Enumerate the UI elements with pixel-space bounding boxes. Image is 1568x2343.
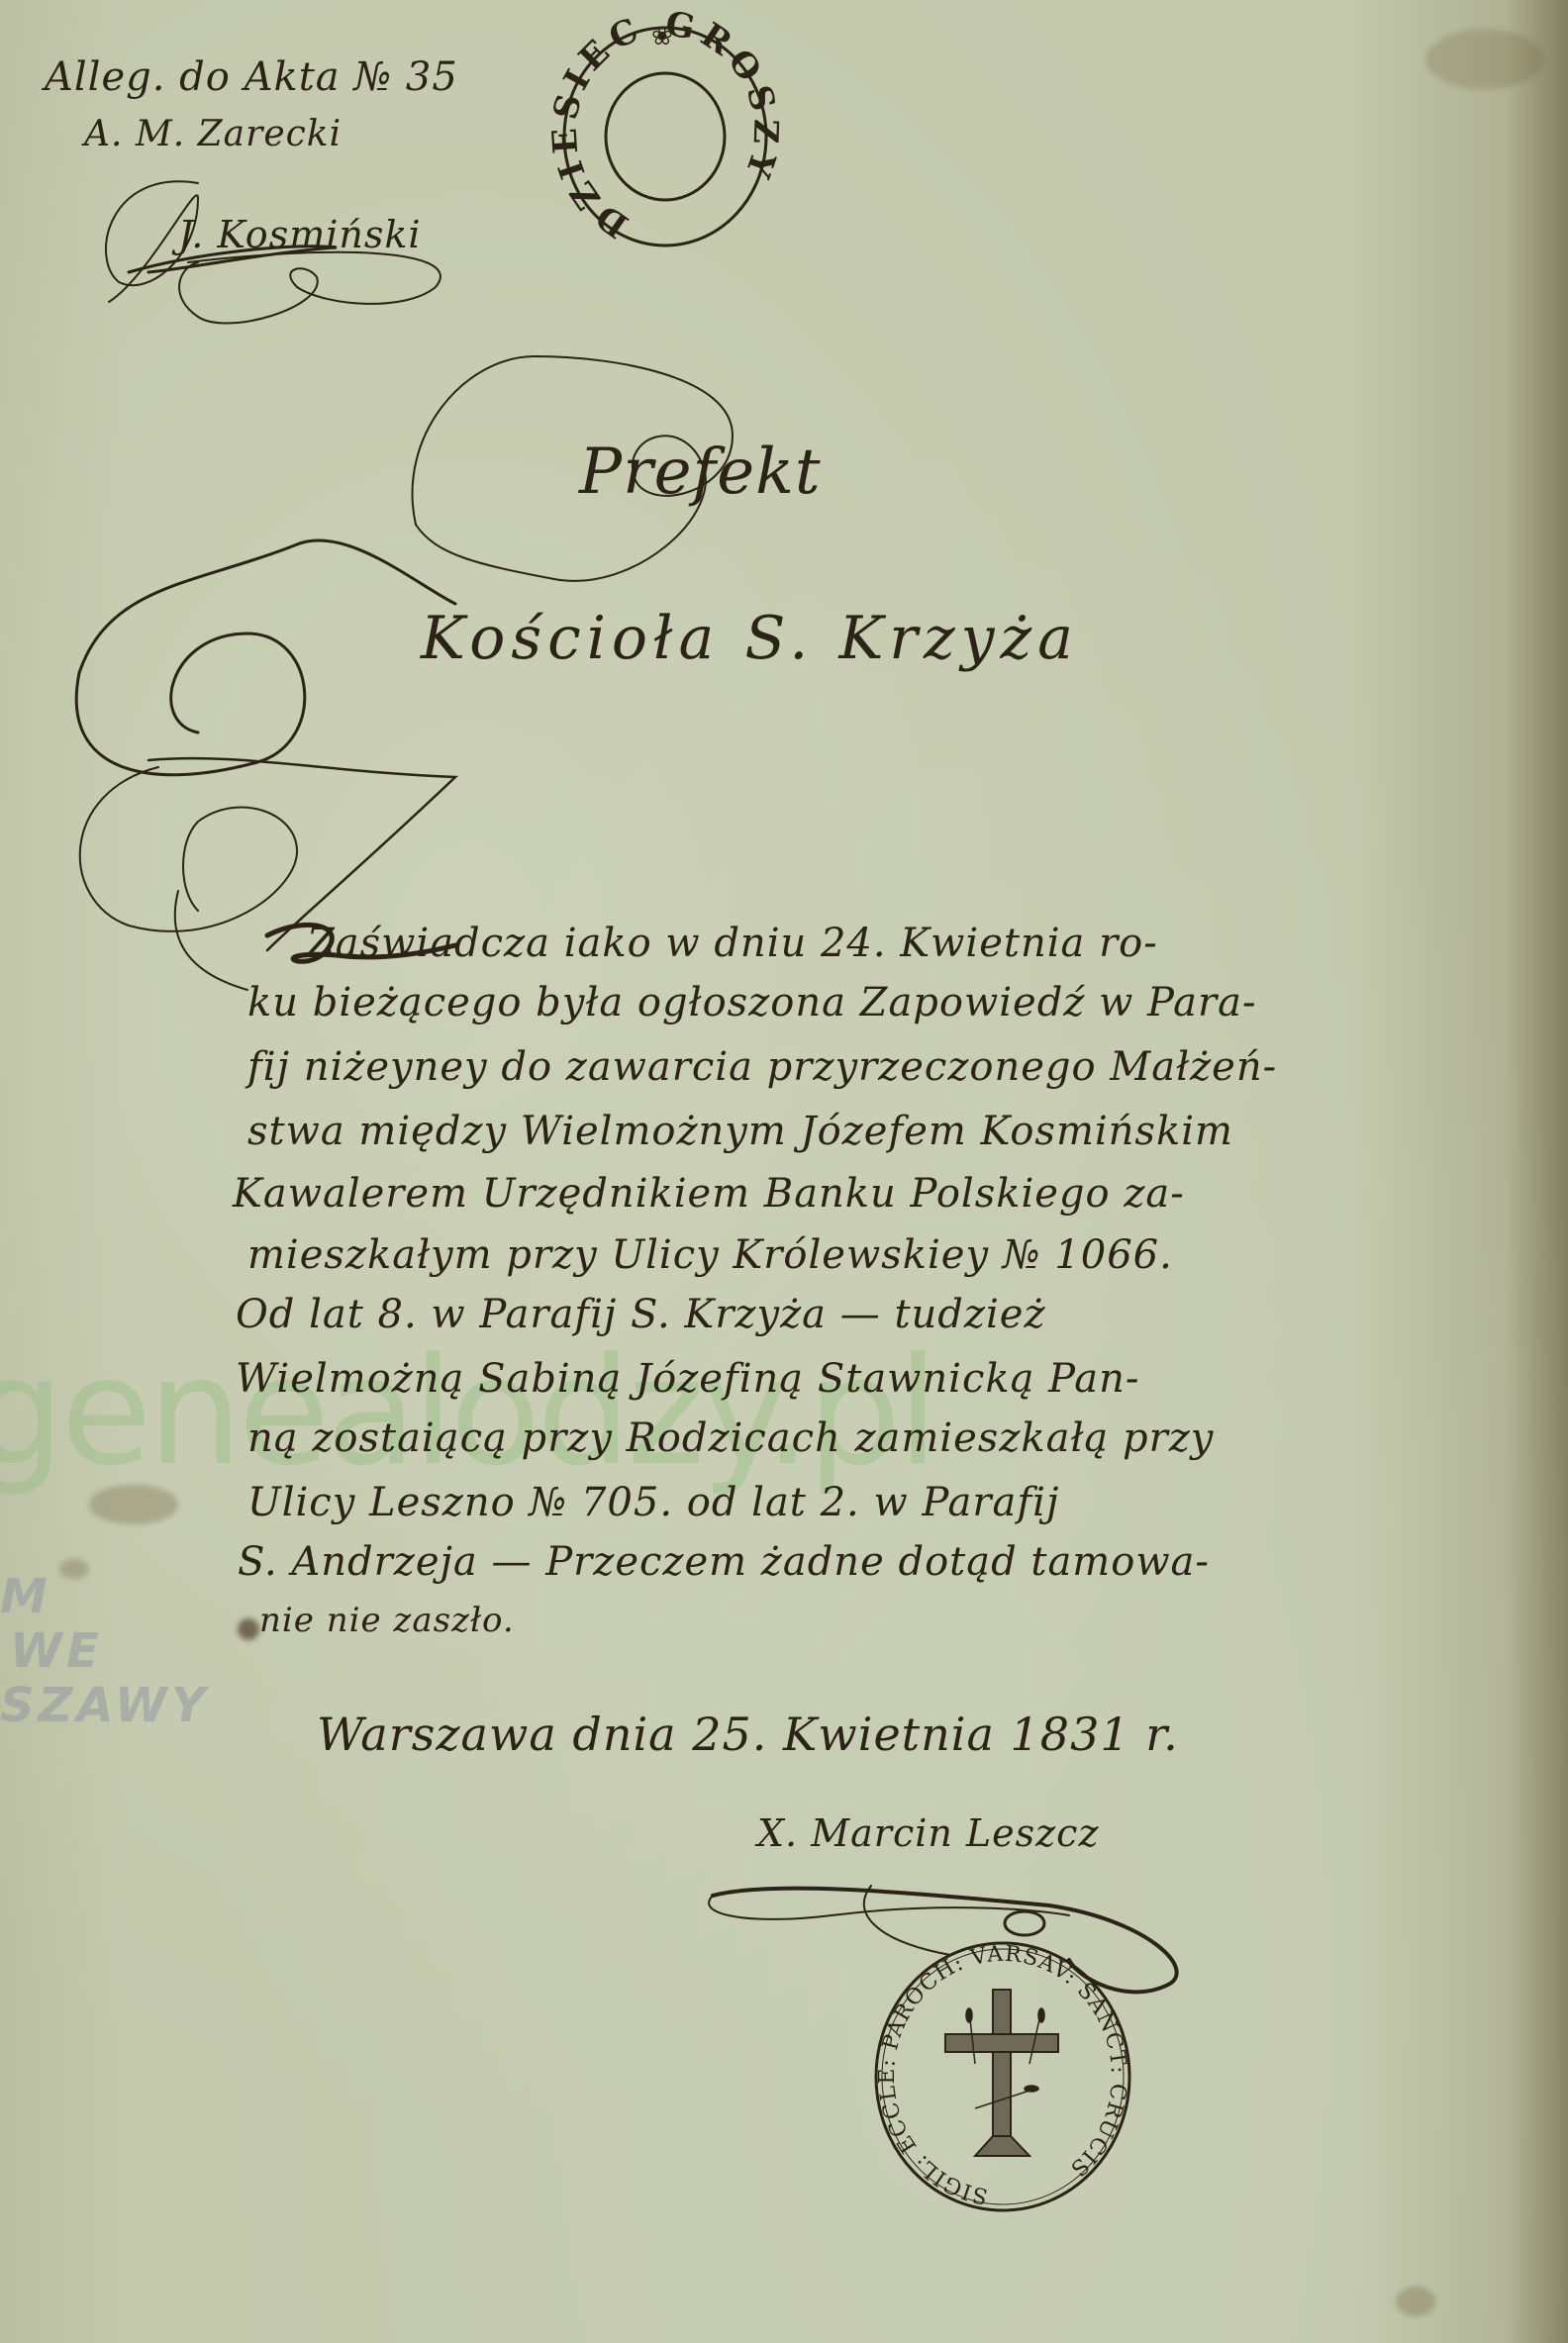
heading-subtitle: Kościoła S. Krzyża xyxy=(421,604,1079,673)
body-line: ną zostaiącą przy Rodzicach zamieszkałą … xyxy=(247,1416,1214,1461)
initial-z-flourish xyxy=(76,540,455,775)
body-line: mieszkałym przy Ulicy Królewskiey № 1066… xyxy=(247,1232,1173,1278)
attachment-note-author: A. M. Zarecki xyxy=(84,114,342,154)
body-line: ku bieżącego była ogłoszona Zapowiedź w … xyxy=(247,980,1257,1025)
priest-signature: X. Marcin Leszcz xyxy=(757,1811,1099,1855)
body-line: Od lat 8. w Parafij S. Krzyża — tudzież xyxy=(236,1292,1046,1337)
date-line: Warszawa dnia 25. Kwietnia 1831 r. xyxy=(317,1708,1179,1761)
attachment-note: Alleg. do Akta № 35 xyxy=(45,54,458,100)
body-line: Ulicy Leszno № 705. od lat 2. w Parafij xyxy=(247,1480,1059,1525)
tax-stamp-separator: ❀ xyxy=(651,22,673,51)
groom-signature: J. Kosmiński xyxy=(178,213,422,256)
body-line: Kawalerem Urzędnikiem Banku Polskiego za… xyxy=(233,1171,1185,1217)
body-line: Zaświadcza iako w dniu 24. Kwietnia ro- xyxy=(307,921,1158,966)
body-line: Wielmożną Sabiną Józefiną Stawnicką Pan- xyxy=(236,1356,1139,1402)
body-line: S. Andrzeja — Przeczem żadne dotąd tamow… xyxy=(238,1539,1210,1585)
body-line: nie nie zaszło. xyxy=(259,1601,515,1640)
body-line: stwa między Wielmożnym Józefem Kosmiński… xyxy=(247,1109,1233,1154)
body-line: fij niżeyney do zawarcia przyrzeczonego … xyxy=(247,1044,1277,1090)
heading-title: Prefekt xyxy=(579,436,822,509)
